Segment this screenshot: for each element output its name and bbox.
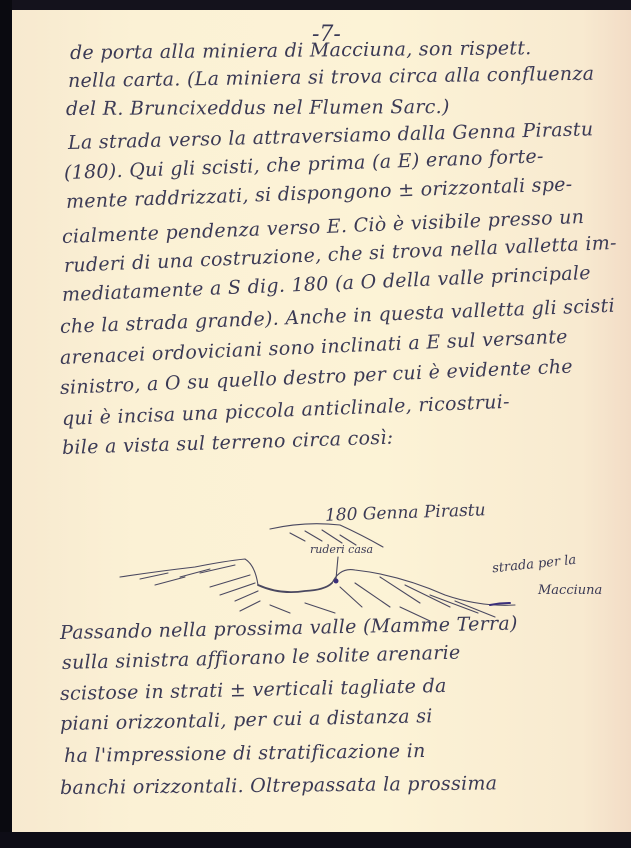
- anticline-sketch: 180 Genna Pirastu ruderi casa strada per…: [100, 495, 631, 625]
- sketch-label-macciuna: Macciuna: [538, 583, 602, 598]
- text-line: sulla sinistra affiorano le solite arena…: [62, 642, 461, 674]
- text-line: piani orizzontali, per cui a distanza si: [60, 705, 433, 735]
- text-line: del R. Bruncixeddus nel Flumen Sarc.): [66, 96, 450, 120]
- scan-border-bottom: [0, 832, 631, 848]
- text-line: de porta alla miniera di Macciuna, son r…: [70, 37, 532, 64]
- text-line: ha l'impressione di stratificazione in: [64, 740, 426, 767]
- manuscript-page: -7- de porta alla miniera di Macciuna, s…: [12, 10, 631, 832]
- text-line: qui è incisa una piccola anticlinale, ri…: [62, 391, 511, 430]
- text-line: banchi orizzontali. Oltrepassata la pros…: [60, 772, 498, 799]
- scan-border-left: [0, 0, 12, 848]
- scan-border-top: [0, 0, 631, 10]
- text-line: nella carta. (La miniera si trova circa …: [68, 63, 595, 92]
- text-line: scistose in strati ± verticali tagliate …: [60, 675, 447, 705]
- sketch-label-ruins: ruderi casa: [310, 543, 373, 556]
- text-line: bile a vista sul terreno circa così:: [62, 427, 394, 459]
